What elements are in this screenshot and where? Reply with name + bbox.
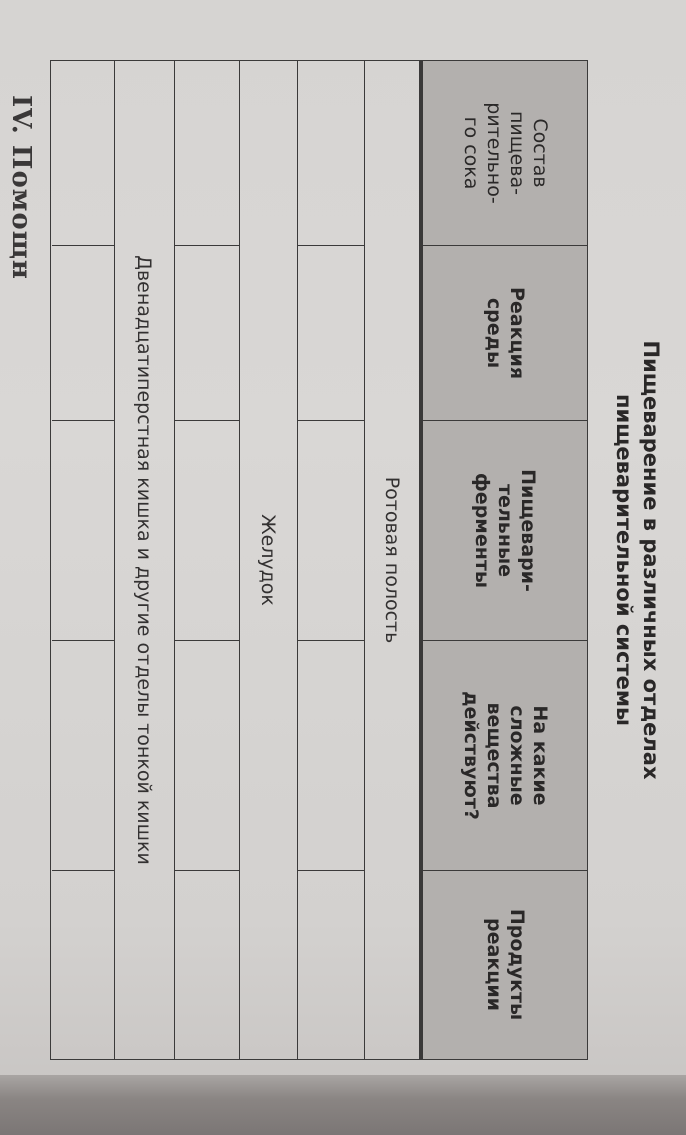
desk-background [0, 1075, 686, 1125]
answer-cell[interactable] [52, 246, 114, 421]
header-medium-reaction: Реакция среды [423, 246, 587, 421]
answer-cell[interactable] [52, 61, 114, 246]
section-label: Желудок [258, 514, 280, 606]
header-substances: На какие сложные вещества действуют? [423, 641, 587, 871]
digestion-table: Состав пищева- рительно- го сока Реакция… [50, 60, 588, 1060]
answer-cell[interactable] [52, 421, 114, 641]
next-section-heading: IV. Помощн [6, 95, 36, 280]
rotated-page: Пищеварение в различных отделах пищевари… [0, 0, 686, 1125]
table-row [52, 61, 114, 1059]
answer-cell[interactable] [175, 246, 239, 421]
answer-cell[interactable] [52, 641, 114, 871]
header-juice-composition: Состав пищева- рительно- го сока [423, 61, 587, 246]
section-stomach: Желудок [239, 61, 297, 1059]
table-title: Пищеварение в различных отделах пищевари… [610, 270, 664, 850]
section-label: Двенадцатиперстная кишка и другие отделы… [134, 255, 156, 865]
header-enzymes: Пищевари- тельные ферменты [423, 421, 587, 641]
answer-cell[interactable] [298, 871, 364, 1058]
answer-cell[interactable] [175, 871, 239, 1058]
answer-cell[interactable] [175, 61, 239, 246]
section-label: Ротовая полость [381, 477, 403, 644]
header-products: Продукты реакции [423, 871, 587, 1058]
answer-cell[interactable] [298, 421, 364, 641]
table-row [297, 61, 364, 1059]
answer-cell[interactable] [175, 421, 239, 641]
answer-cell[interactable] [52, 871, 114, 1058]
section-mouth: Ротовая полость [364, 61, 419, 1059]
section-small-intestine: Двенадцатиперстная кишка и другие отделы… [114, 61, 174, 1059]
answer-cell[interactable] [175, 641, 239, 871]
textbook-page: Пищеварение в различных отделах пищевари… [0, 0, 686, 1085]
header-row: Состав пищева- рительно- го сока Реакция… [419, 61, 587, 1059]
answer-cell[interactable] [298, 641, 364, 871]
answer-cell[interactable] [298, 246, 364, 421]
answer-cell[interactable] [298, 61, 364, 246]
table-row [174, 61, 239, 1059]
